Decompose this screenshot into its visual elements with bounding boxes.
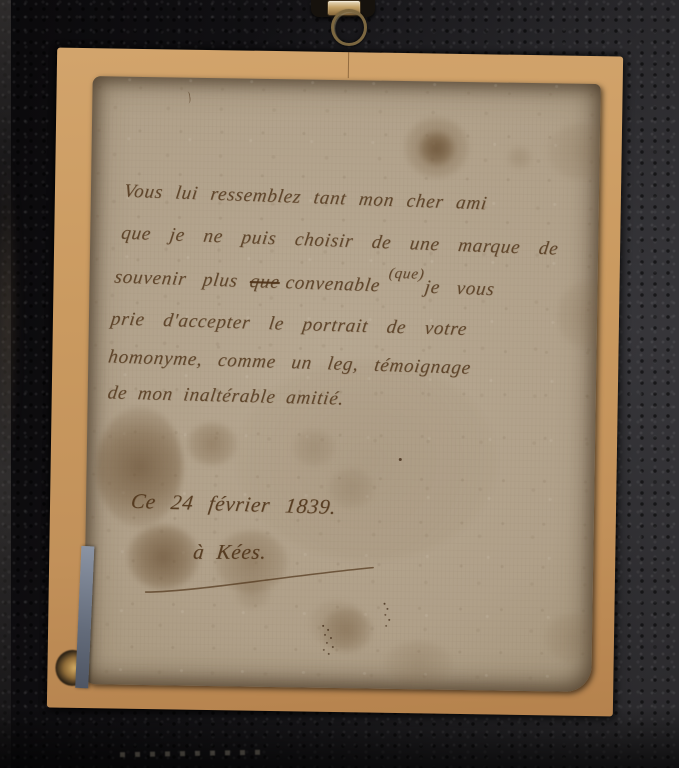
- ink-specks: [384, 603, 386, 605]
- letter-line-3-end: je vous: [423, 277, 496, 300]
- inserted-word: (que): [388, 266, 426, 283]
- hanger-hardware: [303, 0, 383, 48]
- ink-speck: [399, 458, 402, 461]
- frame-bottom-shadow: [0, 708, 679, 768]
- mat-crease: [348, 52, 349, 78]
- hanger-ring-icon: [331, 9, 367, 46]
- stain: [506, 147, 532, 169]
- letter-paper: Vous lui ressemblez tant mon cher ami qu…: [83, 76, 600, 692]
- framed-letter-verso-photo: Vous lui ressemblez tant mon cher ami qu…: [0, 0, 679, 768]
- stain: [383, 641, 454, 686]
- letter-line-3-mid: convenable: [284, 272, 381, 296]
- backing-mat: Vous lui ressemblez tant mon cher ami qu…: [47, 48, 623, 717]
- frame-scuff-mark: [0, 150, 20, 470]
- signature-flourish: [140, 557, 381, 603]
- ink-specks: [322, 625, 324, 627]
- stain: [544, 613, 601, 662]
- letter-line-3-start: souvenir plus: [113, 267, 239, 292]
- struck-word: que: [248, 271, 281, 293]
